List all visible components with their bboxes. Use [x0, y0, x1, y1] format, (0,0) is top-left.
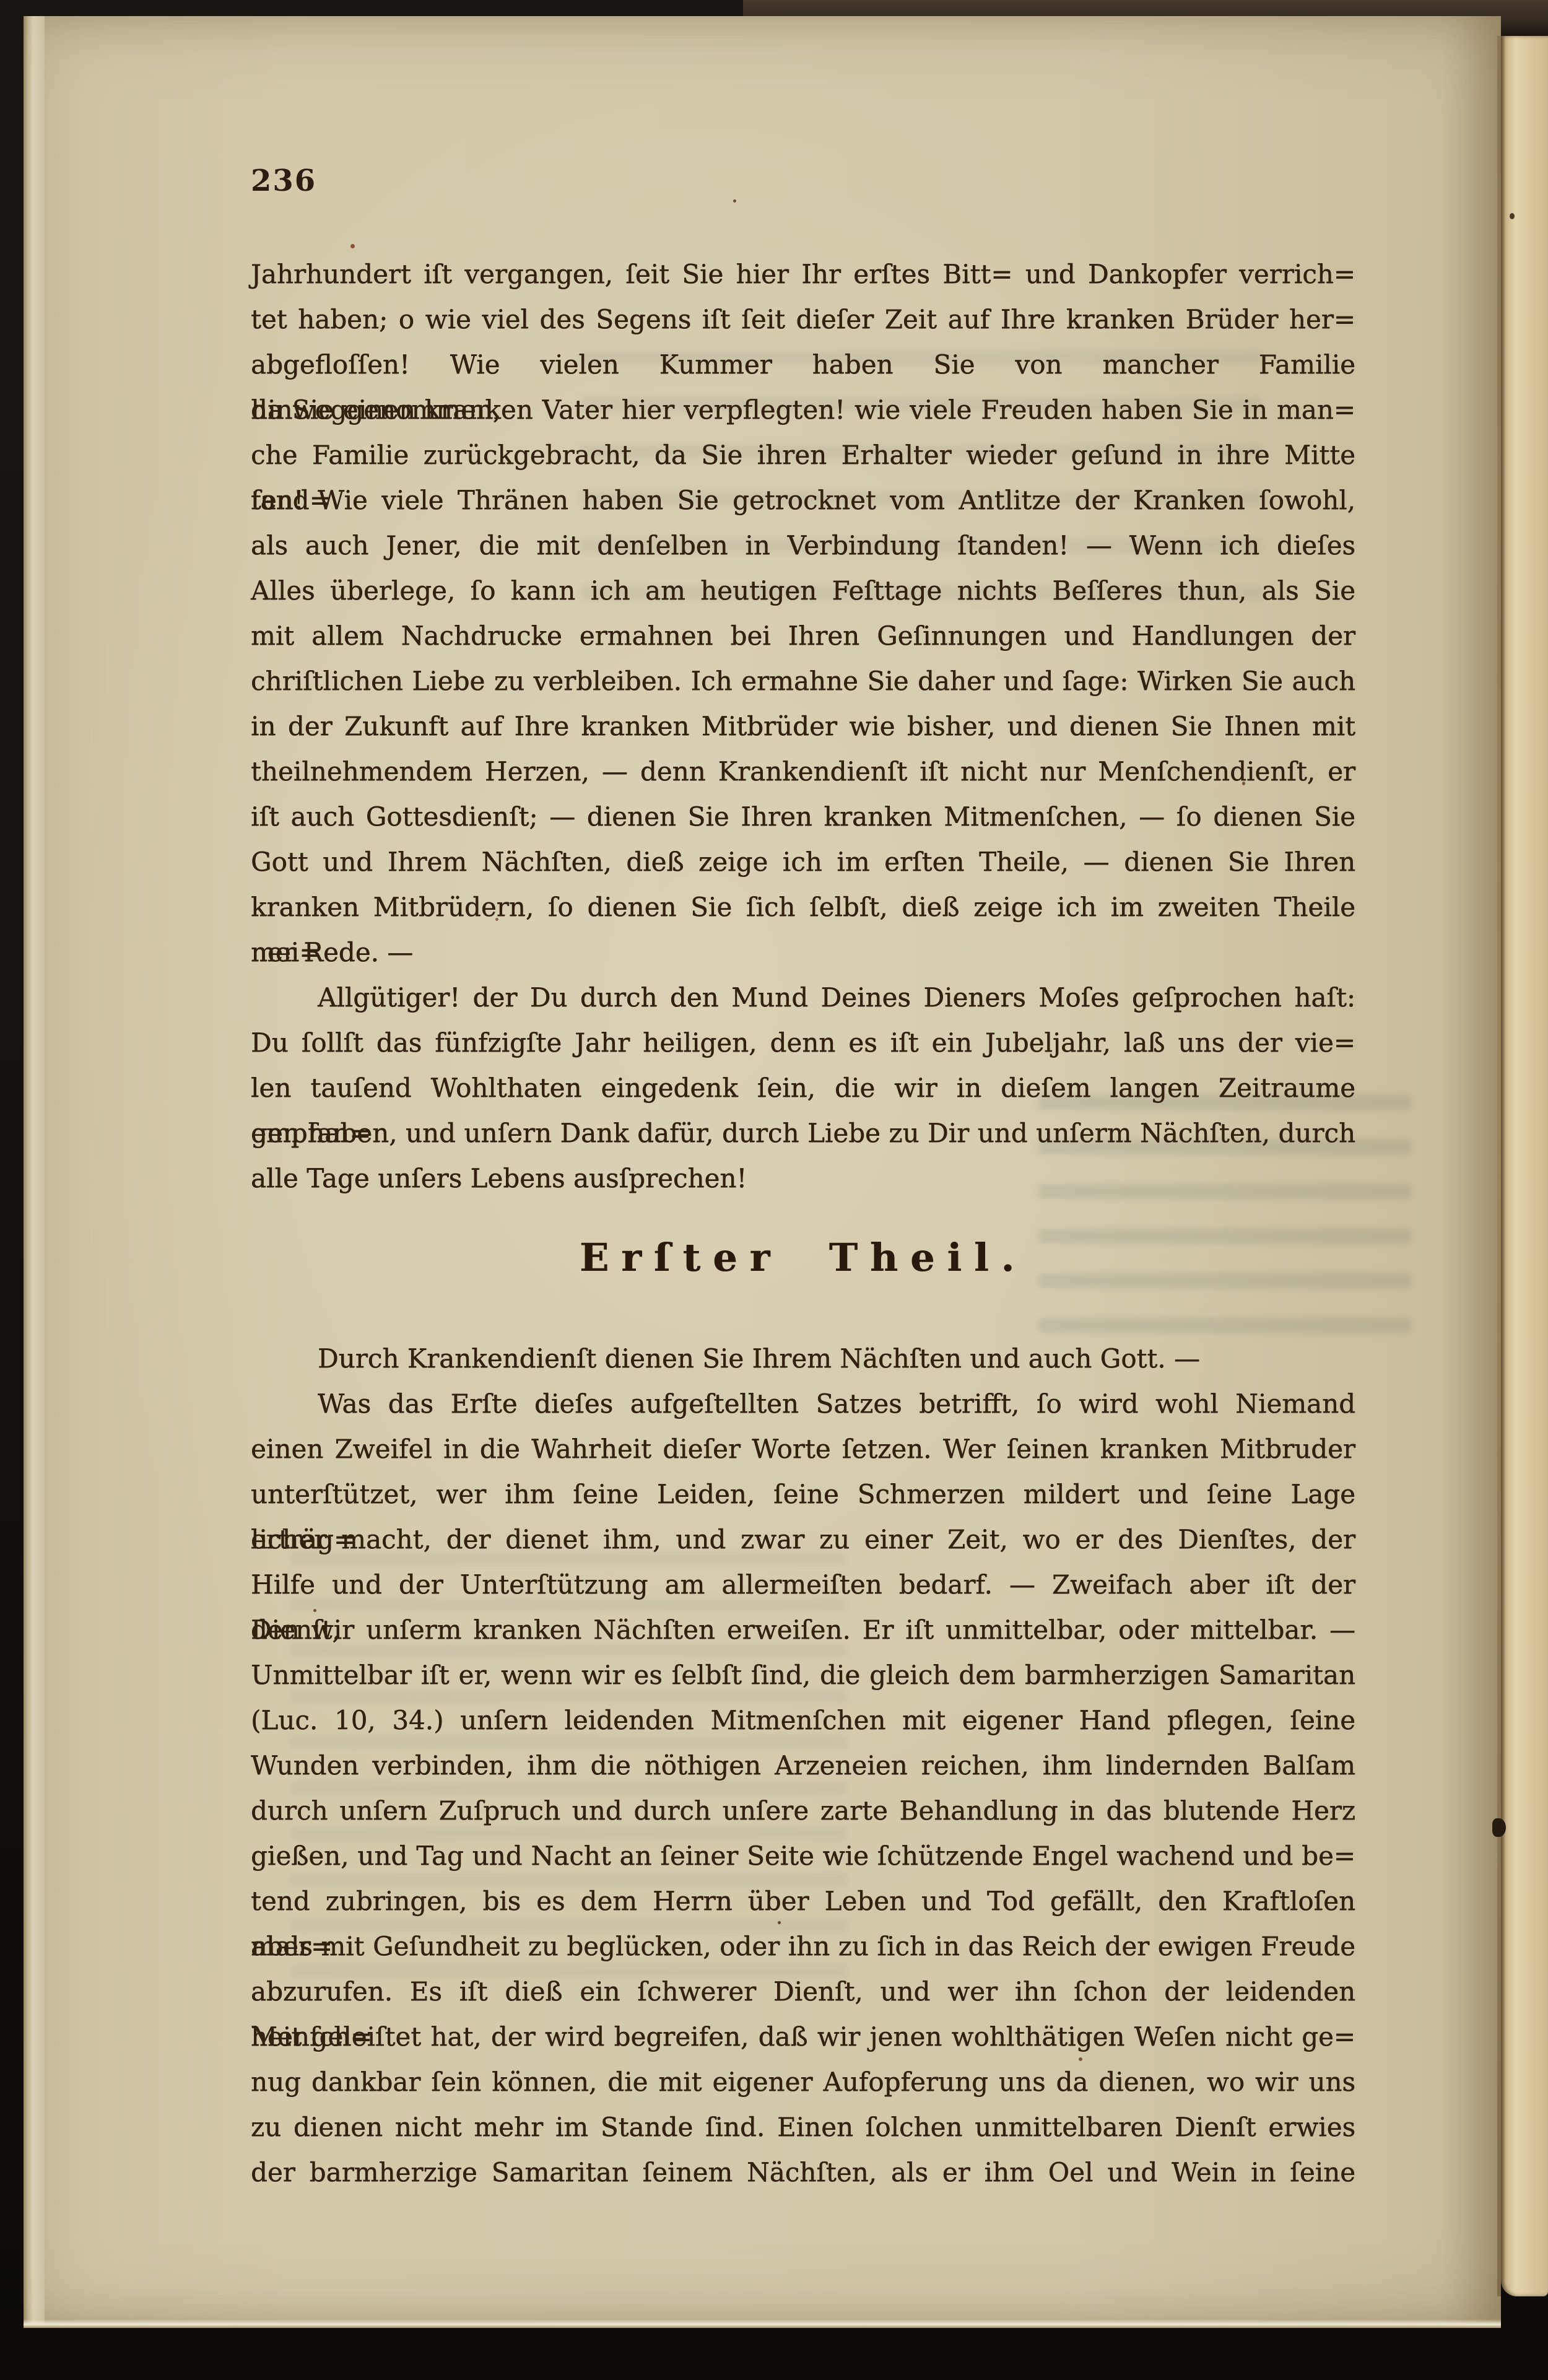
book-photo: { "page": { "number": "236", "heading": …: [0, 0, 1548, 2380]
text-line: unterſtützet, wer ihm ſeine Leiden, ſein…: [251, 1471, 1355, 1517]
paper-speck: [1242, 782, 1245, 785]
paper-speck: [778, 1921, 781, 1924]
text-line: che Familie zurückgebracht, da Sie ihren…: [251, 432, 1355, 477]
text-line: einen Zweifel in die Wahrheit dieſer Wor…: [251, 1426, 1355, 1471]
text-line: heit geleiſtet hat, der wird begreifen, …: [251, 2014, 1355, 2059]
text-line: nug dankbar ſein können, die mit eigener…: [251, 2059, 1355, 2104]
page-number: 236: [251, 163, 316, 198]
text-line: gen haben, und unſern Dank dafür, durch …: [251, 1110, 1355, 1156]
next-page-edge: [1501, 36, 1548, 2296]
text-line: Du ſollſt das fünfzigſte Jahr heiligen, …: [251, 1020, 1355, 1065]
text-line: theilnehmendem Herzen, — denn Krankendie…: [251, 749, 1355, 794]
paper-speck: [1079, 2057, 1082, 2061]
text-line: abgefloſſen! Wie vielen Kummer haben Sie…: [251, 342, 1355, 387]
text-line: Was das Erſte dieſes aufgeſtellten Satze…: [251, 1381, 1355, 1426]
text-line: den wir unſerm kranken Nächſten erweiſen…: [251, 1607, 1355, 1652]
page-edge-speck: [1510, 213, 1515, 219]
page-stack-edge-left: [24, 16, 45, 2326]
paper-speck: [313, 1609, 316, 1612]
text-line: Wunden verbinden, ihm die nöthigen Arzen…: [251, 1743, 1355, 1788]
text-line: da Sie einen kranken Vater hier verpfleg…: [251, 387, 1355, 432]
text-line: mals mit Geſundheit zu beglücken, oder i…: [251, 1924, 1355, 1969]
text-line: als auch Jener, die mit denſelben in Ver…: [251, 523, 1355, 568]
paper-speck: [495, 918, 498, 921]
text-line: gießen, und Tag und Nacht an ſeiner Seit…: [251, 1833, 1355, 1878]
text-line: Hilfe und der Unterſtützung am allermeiſ…: [251, 1562, 1355, 1607]
text-line: tet haben; o wie viel des Segens iſt ſei…: [251, 297, 1355, 342]
section-heading: Erſter Theil.: [251, 1228, 1355, 1288]
text-line: Alles überlege, ſo kann ich am heutigen …: [251, 568, 1355, 613]
text-line: Durch Krankendienſt dienen Sie Ihrem Näc…: [251, 1336, 1355, 1381]
text-line: Gott und Ihrem Nächſten, dieß zeige ich …: [251, 839, 1355, 884]
text-block: Jahrhundert iſt vergangen, ſeit Sie hier…: [251, 251, 1355, 2195]
text-line: der barmherzige Samaritan ſeinem Nächſte…: [251, 2150, 1355, 2195]
text-line: ner Rede. —: [251, 930, 1355, 975]
text-line: Allgütiger! der Du durch den Mund Deines…: [251, 975, 1355, 1020]
text-line: len tauſend Wohlthaten eingedenk ſein, d…: [251, 1065, 1355, 1110]
text-line: (Luc. 10, 34.) unſern leidenden Mitmenſc…: [251, 1698, 1355, 1743]
text-line: licher macht, der dienet ihm, und zwar z…: [251, 1517, 1355, 1562]
text-line: in der Zukunft auf Ihre kranken Mitbrüde…: [251, 704, 1355, 749]
paper-speck: [733, 199, 736, 203]
text-line: durch unſern Zuſpruch und durch unſere z…: [251, 1788, 1355, 1833]
text-line: Jahrhundert iſt vergangen, ſeit Sie hier…: [251, 251, 1355, 297]
page-edge-notch: [1492, 1818, 1506, 1837]
paper-speck: [350, 244, 355, 248]
text-line: abzurufen. Es iſt dieß ein ſchwerer Dien…: [251, 1969, 1355, 2014]
text-line: mit allem Nachdrucke ermahnen bei Ihren …: [251, 613, 1355, 658]
text-line: ten! Wie viele Thränen haben Sie getrock…: [251, 477, 1355, 523]
text-line: tend zubringen, bis es dem Herrn über Le…: [251, 1878, 1355, 1924]
text-line: iſt auch Gottesdienſt; — dienen Sie Ihre…: [251, 794, 1355, 839]
text-line: alle Tage unſers Lebens ausſprechen!: [251, 1156, 1355, 1201]
text-line: Unmittelbar iſt er, wenn wir es ſelbſt ſ…: [251, 1652, 1355, 1698]
text-line: zu dienen nicht mehr im Stande ſind. Ein…: [251, 2104, 1355, 2150]
book-page: 236 Jahrhundert iſt vergangen, ſeit Sie …: [24, 16, 1501, 2328]
text-line: kranken Mitbrüdern, ſo dienen Sie ſich ſ…: [251, 884, 1355, 930]
page-edge-bottom: [24, 2319, 1501, 2328]
text-line: chriſtlichen Liebe zu verbleiben. Ich er…: [251, 658, 1355, 704]
